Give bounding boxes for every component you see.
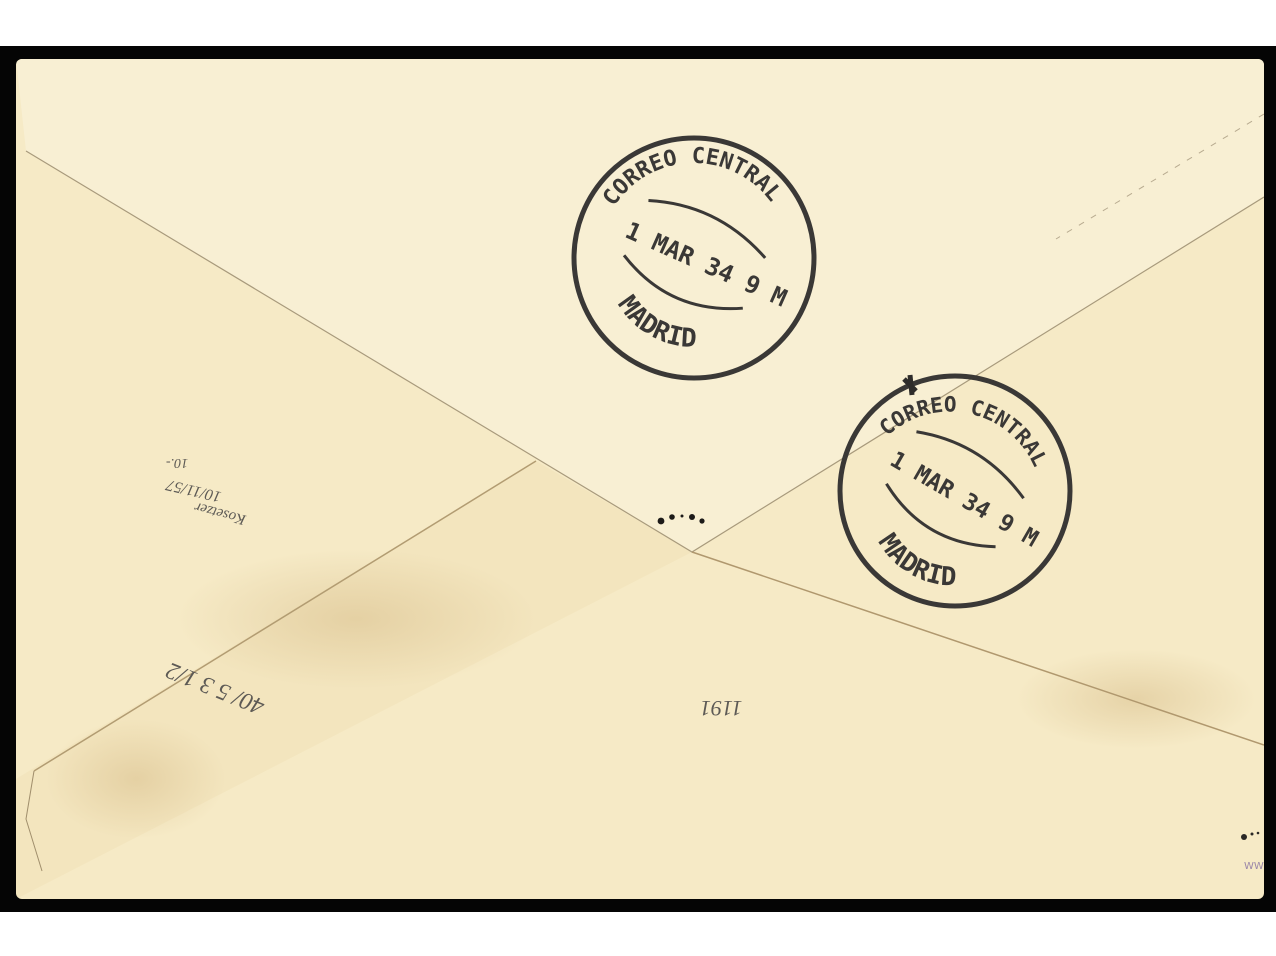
postmark-upper: CORREO CENTRAL MADRID 1 MAR 34 9 M — [569, 134, 819, 382]
postmark-date: 1 MAR 34 9 M — [886, 447, 1043, 553]
edge-marks: WW — [1238, 829, 1264, 879]
postmark-lower: CORREO CENTRAL MADRID 1 MAR 34 9 M — [834, 371, 1076, 611]
svg-text:WW: WW — [1244, 861, 1264, 872]
pencil-note-price: 10.- — [166, 454, 188, 470]
flap-tip-mark — [656, 507, 716, 537]
envelope-back: CORREO CENTRAL MADRID 1 MAR 34 9 M CORRE… — [16, 59, 1264, 899]
postmark-date: 1 MAR 34 9 M — [621, 216, 791, 312]
pencil-note-number: 1191 — [700, 695, 742, 721]
